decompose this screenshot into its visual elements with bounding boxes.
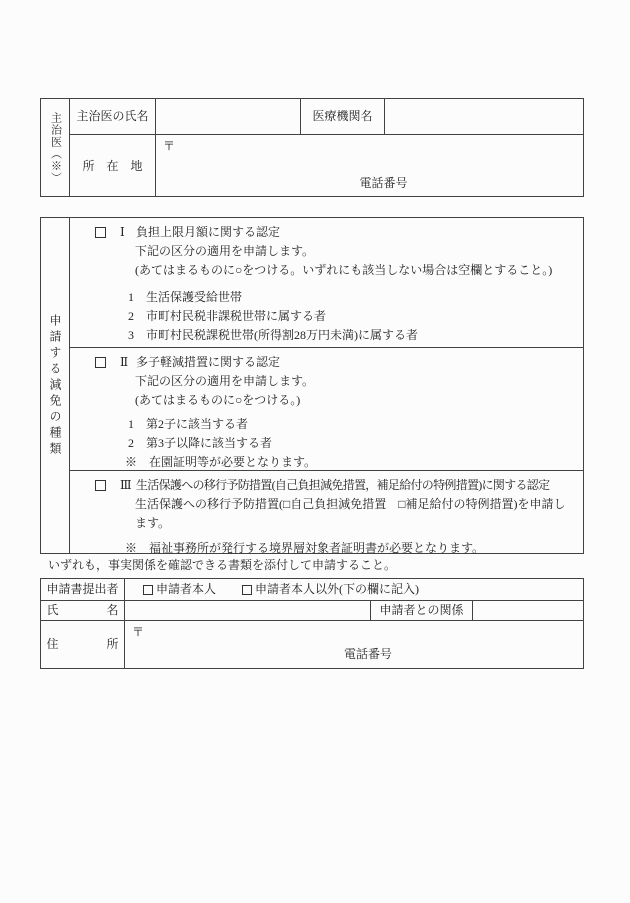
section-3: Ⅲ 生活保護への移行予防措置(自己負担減免措置，補足給付の特例措置)に関する認定… [70,471,583,554]
section-1-item: 2 市町村民税非課税世帯に属する者 [128,307,583,326]
section-1-item: 1 生活保護受給世帯 [128,288,583,307]
option-self-label: 申請者本人 [156,580,216,599]
section-1-line: 下記の区分の適用を申請します。 [135,242,577,261]
submitter-address-label: 住 所 [41,621,125,668]
section-3-line: 生活保護への移行予防措置(□自己負担減免措置 □補足給付の特例措置)を申請します… [135,495,577,533]
option-other-label: 申請者本人以外(下の欄に記入) [255,580,419,599]
exemption-side-label: 申請する減免の種類 [49,314,61,458]
section-2-numeral: Ⅱ [120,353,136,372]
checkbox-icon[interactable] [143,585,153,595]
physician-table: 主治医（※） 主治医の氏名 医療機関名 所 在 地 〒 電話番号 [40,98,584,197]
checkbox-icon[interactable] [95,227,106,238]
checkbox-icon[interactable] [95,480,106,491]
section-2: Ⅱ 多子軽減措置に関する認定 下記の区分の適用を申請します。 (あてはまるものに… [70,348,583,471]
section-2-line: (あてはまるものに○をつける。) [135,391,577,410]
physician-name-input[interactable] [156,99,301,134]
submitter-options: 申請者本人 申請者本人以外(下の欄に記入) [125,579,583,600]
section-1-item: 3 市町村民税課税世帯(所得割28万円未満)に属する者 [128,326,583,345]
physician-side-label-cell: 主治医（※） [41,99,70,196]
physician-address-label: 所 在 地 [70,135,156,197]
option-other[interactable]: 申請者本人以外(下の欄に記入) [242,580,419,599]
section-2-item: 1 第2子に該当する者 [128,415,583,434]
relation-input[interactable] [473,601,583,620]
checkbox-icon[interactable] [95,357,106,368]
submitter-table: 申請書提出者 申請者本人 申請者本人以外(下の欄に記入) 氏 名 申請者との関係… [40,578,584,669]
section-2-note: ※ 在園証明等が必要となります。 [125,453,583,471]
attachment-footnote: いずれも，事実関係を確認できる書類を添付して申請すること。 [48,556,396,575]
form-page: 主治医（※） 主治医の氏名 医療機関名 所 在 地 〒 電話番号 申請する減免の… [0,0,630,903]
exemption-table: 申請する減免の種類 Ⅰ 負担上限月額に関する認定 下記の区分の適用を申請します。… [40,217,584,554]
section-3-note: ※ 福祉事務所が発行する境界層対象者証明書が必要となります。 [125,539,583,554]
submitter-name-input[interactable] [125,601,371,620]
submitter-phone-label: 電話番号 [125,645,583,664]
physician-side-label: 主治医（※） [50,112,61,184]
submitter-address-input[interactable]: 〒 電話番号 [125,621,583,668]
section-2-item: 2 第3子以降に該当する者 [128,434,583,453]
physician-phone-label: 電話番号 [156,174,583,193]
section-3-title: 生活保護への移行予防措置(自己負担減免措置，補足給付の特例措置)に関する認定 [136,476,577,495]
physician-address-input[interactable]: 〒 電話番号 [156,135,583,197]
section-2-line: 下記の区分の適用を申請します。 [135,372,577,391]
exemption-side-label-cell: 申請する減免の種類 [41,218,70,553]
postal-mark: 〒 [163,137,175,156]
section-1-title: 負担上限月額に関する認定 [136,223,577,242]
submitter-name-label: 氏 名 [41,601,125,620]
institution-name-input[interactable] [385,99,583,134]
postal-mark: 〒 [132,623,144,642]
submitter-label: 申請書提出者 [41,579,125,600]
section-1-line: (あてはまるものに○をつける。いずれにも該当しない場合は空欄とすること。) [135,261,577,280]
section-1: Ⅰ 負担上限月額に関する認定 下記の区分の適用を申請します。 (あてはまるものに… [70,218,583,348]
section-1-numeral: Ⅰ [120,223,136,242]
checkbox-icon[interactable] [242,585,252,595]
relation-label: 申請者との関係 [371,601,473,620]
institution-name-label: 医療機関名 [301,99,385,134]
option-self[interactable]: 申請者本人 [143,580,216,599]
section-2-title: 多子軽減措置に関する認定 [136,353,577,372]
physician-name-label: 主治医の氏名 [70,99,156,134]
section-3-numeral: Ⅲ [120,476,136,495]
